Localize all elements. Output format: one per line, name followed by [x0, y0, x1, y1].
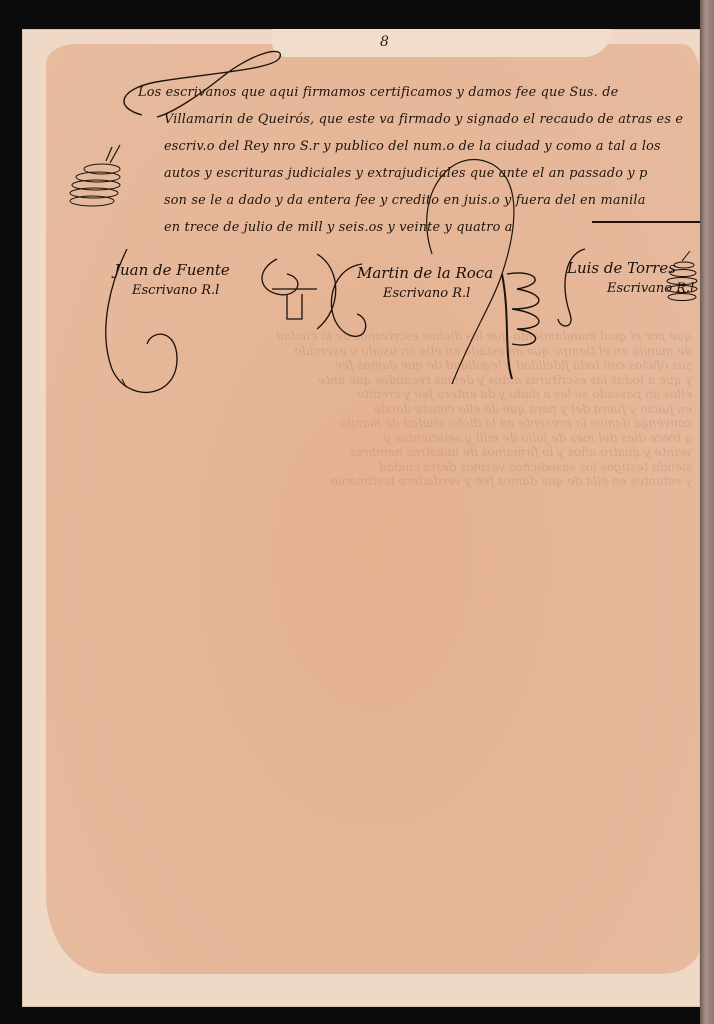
signature-juan-de-fuente: Juan de Fuente Escrivano R.l	[114, 261, 230, 298]
signatory-name: Martin de la Roca	[357, 264, 493, 282]
binding-edge	[700, 0, 714, 1024]
signatory-title: Escrivano R.l	[383, 286, 493, 301]
rubric-icon	[497, 264, 557, 354]
signatory-title: Escrivano R.l	[132, 283, 230, 298]
folio-number: 8	[380, 34, 389, 50]
text-line: Villamarin de Queirós, que este va firma…	[122, 106, 692, 133]
signature-martin-de-la-roca: Martin de la Roca Escrivano R.l	[357, 264, 493, 301]
signatory-name: Juan de Fuente	[114, 261, 230, 279]
closing-rule	[592, 221, 700, 223]
signatory-name: Luis de Torres	[567, 259, 676, 277]
right-coil-flourish-icon	[662, 249, 700, 309]
manuscript-page: que por el qual mandamiento que los dich…	[22, 29, 700, 1007]
text-line: Los escrivanos que aqui firmamos certifi…	[122, 79, 692, 106]
stain-edge-top	[272, 29, 612, 57]
signatures-block: Juan de Fuente Escrivano R.l Martin de l…	[22, 229, 700, 429]
